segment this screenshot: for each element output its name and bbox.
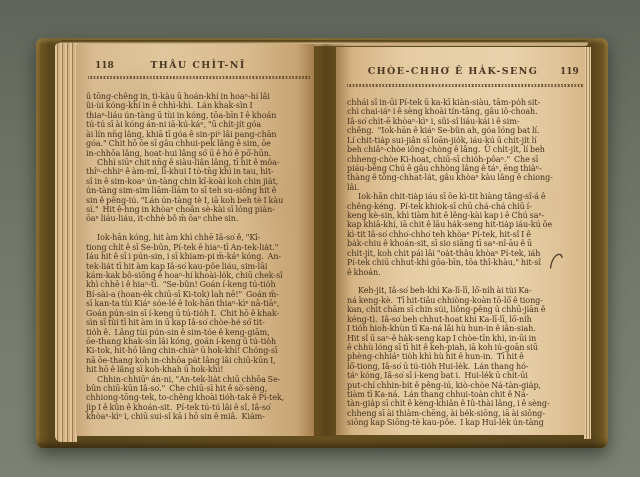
right-page-number: 119 — [560, 67, 579, 77]
paragraph: chhái sī in-ūi Pí-tek ū ka-kī kiàn-siàu,… — [347, 98, 585, 192]
pen-mark-annotation — [549, 251, 567, 271]
paragraph: Chhin-chhiūⁿ án-ni, "An-tek-lia̍t chiū c… — [86, 375, 312, 422]
paragraph: ū tōng-chêng in, tì-kàu ū hoán-khí in ho… — [86, 92, 312, 158]
left-running-title: THÂU CHI̍T-NÎ — [86, 60, 310, 71]
page-edges-right — [584, 47, 591, 439]
paragraph: Keh-ji̍t, Iâ-so͘ beh-khì Ka-lī-lī, lō͘-n… — [347, 286, 585, 427]
page-edges-left — [55, 43, 77, 442]
paragraph: Iok-hān kóng, hit àm khì chhē Iâ-so͘ ê, … — [86, 233, 312, 374]
right-header-rule — [347, 84, 583, 87]
paragraph: Chhì siūⁿ chit nn̄g ê siàu-liân lâng, tī… — [86, 158, 312, 224]
book-photo-background: 118 THÂU CHI̍T-NÎ CHÒE-CHHO͘ Ê HA̍K-SENG… — [0, 0, 640, 477]
right-running-title: CHÒE-CHHO͘ Ê HA̍K-SENG — [347, 66, 559, 77]
left-page-text: ū tōng-chêng in, tì-kàu ū hoán-khí in ho… — [86, 92, 312, 422]
left-header-rule — [88, 76, 310, 79]
